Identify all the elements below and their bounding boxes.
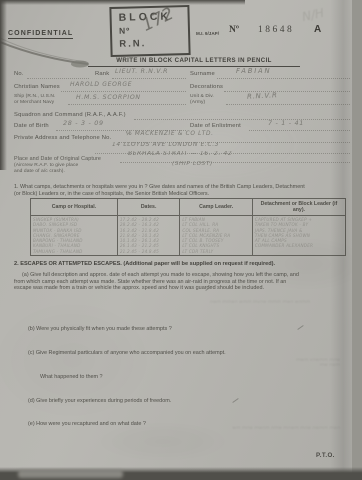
header-dates: Dates. [117,199,180,216]
camp-column: SINGKEP (SUMATRA) DABO. SINGKEP ISD MUNT… [31,216,118,256]
reference-suffix: A [314,24,321,35]
camps-table-header-row: Camp or Hospital. Dates. Camp Leader. De… [31,199,346,216]
rank-field-line [112,77,186,79]
capture-label-1: Place and Date of Original Capture [14,156,101,162]
scanned-form-page: CONFIDENTIAL BLOCK Nº R.N. 172 M.I. 9/JA… [0,0,362,480]
question-2e: (e) How were you recaptured and on what … [28,421,328,428]
question-2c-followup: What happened to them ? [40,374,240,381]
ship-label-2: or Merchant Navy [14,100,54,105]
question-1-line-2: (or Block) Leaders or, in the case of ho… [14,191,350,198]
camp-leader-column: LT FABIAN LT COL HILL. RA COL SEARLE. RA… [180,216,252,256]
block-number-stamp: BLOCK Nº R.N. 172 [109,5,190,57]
block-capitals-instruction: WRITE IN BLOCK CAPITAL LETTERS IN PENCIL [88,57,300,67]
scan-edge-left [0,0,7,170]
unit-label-1: Unit & Div. [190,94,214,99]
camp-entry: TAMUANG - THAILAND [33,249,115,254]
reference-no-label: Nº [229,25,239,35]
christian-names-line [61,90,186,92]
capture-value: BERHALA STRAIT — 16. 2. 42 [128,151,232,157]
mi9-prefix: M.I. 9/JAP/ [196,31,219,36]
stamp-handwritten-number: 172 [139,4,177,36]
ship-field-line [68,103,186,105]
rank-value: LIEUT. R.N.V.R [115,68,168,75]
corner-pencil-mark: N/H [301,6,325,24]
scan-edge-top [0,0,245,5]
christian-names-label: Christian Names [14,84,60,90]
address-value-1: ℅ MACKENZIE & CO LTD. [126,131,214,137]
enlistment-label: Date of Enlistment [190,123,241,129]
dob-value: 28 - 3 - 09 [63,119,104,127]
no-field-line [27,77,89,79]
decorations-label: Decorations [190,84,223,90]
squadron-label: Squadron and Command (R.A.F., A.A.F.) [14,112,126,118]
question-2b: (b) Were you physically fit when you mad… [28,326,328,333]
address-value-2: 14 LLOYDS AVE LONDON E.C.3 [112,142,219,148]
surname-label: Surname [190,71,215,77]
question-2d: (d) Give briefly your experiences during… [28,398,328,405]
christian-names-value: HAROLD GEORGE [70,81,132,88]
camps-table-body-row: SINGKEP (SUMATRA) DABO. SINGKEP ISD MUNT… [31,216,346,256]
leader-entry: LT CDR TERLY [182,249,249,254]
reference-number: 18648 [258,25,294,35]
question-2a-line-3: escape was made from a train or vehicle … [14,285,350,292]
string-thread [0,30,95,75]
capture-label-3: and date of a/c crash). [14,169,65,174]
ship-value: H.M.S. SCORPION [76,94,141,101]
stamp-line-no: Nº [119,26,131,36]
squadron-field-line [134,118,350,120]
scan-edge-right [352,0,362,480]
page-fold-shadow [330,0,352,480]
unit-value: R.N.V.R [247,91,278,101]
capture-value-2: (SHIP LOST) [172,161,213,167]
scan-artifact [18,470,123,478]
dates-entry: 21.2.45 - 24.8.45 [120,249,178,254]
camps-table: Camp or Hospital. Dates. Camp Leader. De… [30,198,346,256]
dob-label: Date of Birth [14,123,49,129]
ship-label-1: Ship (R.N., U.S.N. [14,94,55,99]
showthrough-ghost-text: mmnw nwm mmm wnvm mmw nwmm mwn [75,300,310,305]
header-camp: Camp or Hospital. [31,199,118,216]
question-2c: (c) Give Regimental particulars of anyon… [28,350,338,357]
showthrough-ghost-text: wnm mmwnv mwmmwn wm [248,358,340,368]
dates-column: 17.2.42 - 28.2.42 28.2.42 - 16.3.42 16.3… [117,216,180,256]
unit-label-2: (Army) [190,100,205,105]
rank-label: Rank [95,71,109,77]
capture-label-2: (Aircrew R.A.F. to give place [14,163,78,168]
header-camp-leader: Camp Leader. [180,199,252,216]
question-2-heading: 2. ESCAPES OR ATTEMPTED ESCAPES. (Additi… [14,261,350,268]
address-label: Private Address and Telephone No. [14,135,111,141]
surname-value: FABIAN [236,67,271,75]
enlistment-value: 7 - 1 - 41 [268,119,304,127]
capture-field-line [120,161,350,163]
stamp-line-rn: R.N. [119,38,146,50]
